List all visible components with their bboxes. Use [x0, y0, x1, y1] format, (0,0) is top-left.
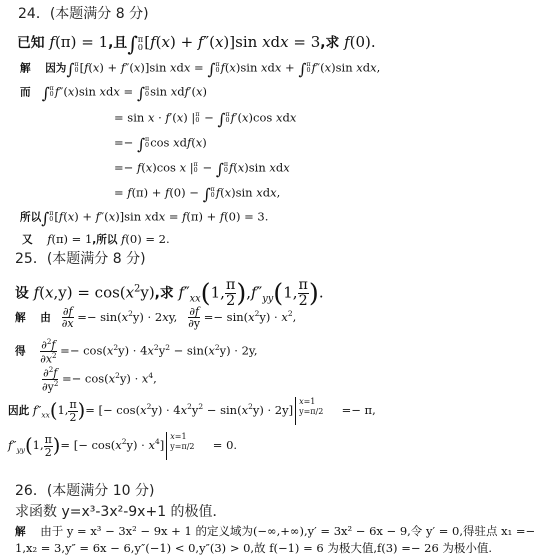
problem-24-solution-line-1: 解 因为∫π0[f(x) + f″(x)]sin xdx = ∫π0f(x)si… — [20, 62, 380, 78]
problem-24-solution-line-4: =− ∫π0cos xdf(x) — [114, 137, 207, 153]
problem-26-header: 26．(本题满分 10 分) — [15, 484, 154, 498]
problem-25-solution-line-2: 得 ∂2f∂x2 =− cos(x2y) · 4x2y2 − sin(x2y) … — [15, 338, 258, 365]
problem-24-solution-line-3: = sin x · f′(x) |π0 − ∫π0f′(x)cos xdx — [114, 112, 296, 128]
problem-25-statement: 设 f(x,y) = cos(x2y),求 f″xx(1,π2),f″yy(1,… — [15, 278, 324, 309]
problem-25-solution-line-1: 解 由 ∂f∂x =− sin(x2y) · 2xy, ∂f∂y =− sin(… — [15, 306, 296, 330]
problem-25-solution-line-4: 因此 f″xx(1,π2)= [− cos(x2y) · 4x2y2 − sin… — [8, 397, 376, 425]
problem-25-header: 25．(本题满分 8 分) — [15, 252, 146, 266]
problem-25-solution-line-3: ∂2f∂y2 =− cos(x2y) · x4, — [42, 366, 157, 393]
problem-24-solution-line-7: 所以∫π0[f(x) + f″(x)]sin xdx = f(π) + f(0)… — [20, 211, 268, 227]
problem-24-solution-line-2: 而 ∫π0f″(x)sin xdx = ∫π0sin xdf′(x) — [20, 86, 207, 102]
problem-24-solution-line-5: =− f(x)cos x |π0 − ∫π0f(x)sin xdx — [114, 162, 290, 178]
problem-26-solution-line-1: 解 由于 y = x³ − 3x² − 9x + 1 的定义域为(−∞,+∞),… — [15, 526, 534, 538]
problem-24-statement: 已知 f(π) = 1,且∫π0[f(x) + f″(x)]sin xdx = … — [17, 34, 376, 54]
problem-26-solution-line-2: 1,x₂ = 3,y″ = 6x − 6,y″(−1) < 0,y″(3) > … — [15, 543, 492, 555]
problem-24-solution-line-8: 又 f(π) = 1,所以 f(0) = 2. — [22, 234, 170, 246]
problem-24-header: 24．(本题满分 8 分) — [18, 7, 149, 21]
problem-24-solution-line-6: = f(π) + f(0) − ∫π0f(x)sin xdx, — [114, 187, 280, 203]
problem-26-statement: 求函数 y=x³-3x²-9x+1 的极值． — [15, 505, 227, 519]
problem-25-solution-line-5: f″yy(1,π2)= [− cos(x2y) · x4]x=1y=π/2 = … — [8, 432, 237, 460]
